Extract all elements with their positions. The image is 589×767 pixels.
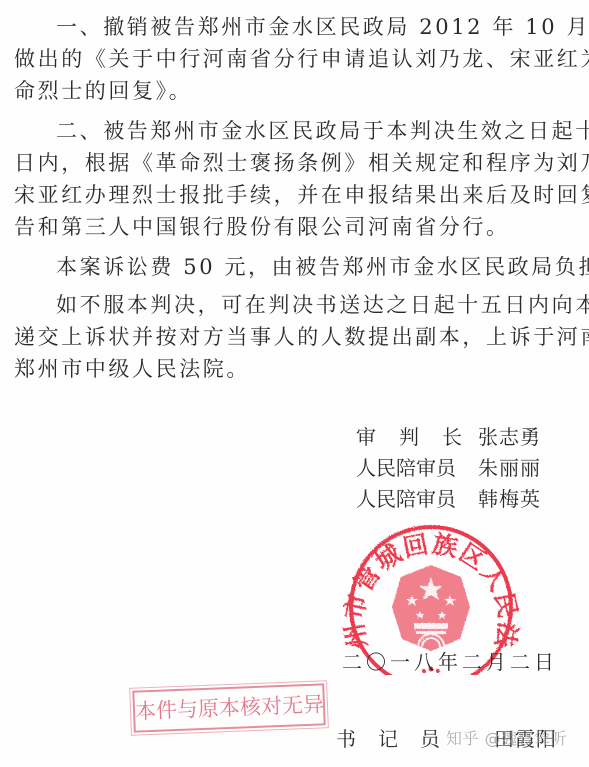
paragraph-1-line-1: 一、撤销被告郑州市金水区民政局 2012 年 10 月 26 日 — [56, 13, 589, 41]
signature-name: 韩梅英 — [478, 486, 541, 512]
paragraph-2-line-4: 告和第三人中国银行股份有限公司河南省分行。 — [14, 213, 510, 241]
signature-role: 人民陪审员 — [356, 486, 478, 512]
zhihu-watermark: 知乎 @魏言耸听 — [446, 728, 567, 750]
paragraph-1-line-2: 做出的《关于中行河南省分行申请追认刘乃龙、宋亚红为革 — [14, 45, 589, 73]
paragraph-4-line-2: 递交上诉状并按对方当事人的人数提出副本，上诉于河南省 — [14, 323, 589, 351]
signature-juror-2: 人民陪审员韩梅英 — [356, 486, 541, 512]
paragraph-4-line-3: 郑州市中级人民法院。 — [14, 355, 250, 383]
paragraph-2-line-2: 日内，根据《革命烈士褒扬条例》相关规定和程序为刘乃龙、 — [14, 149, 589, 177]
signature-role: 审判长 — [356, 424, 478, 450]
judgment-date: 二〇一八年二月二日 — [342, 649, 558, 675]
paragraph-2-line-1: 二、被告郑州市金水区民政局于本判决生效之日起十五 — [56, 117, 589, 145]
paragraph-2-line-3: 宋亚红办理烈士报批手续，并在申报结果出来后及时回复原 — [14, 181, 589, 209]
paragraph-1-line-3: 命烈士的回复》。 — [14, 77, 192, 105]
copy-verification-stamp: 本件与原本核对无异 — [132, 683, 325, 732]
signature-name: 朱丽丽 — [478, 455, 541, 481]
paragraph-4-line-1: 如不服本判决，可在判决书送达之日起十五日内向本院 — [56, 291, 589, 319]
signature-name: 张志勇 — [478, 424, 541, 450]
paragraph-3-line-1: 本案诉讼费 50 元，由被告郑州市金水区民政局负担。 — [56, 253, 589, 281]
signature-presiding-judge: 审判长张志勇 — [356, 424, 541, 450]
signature-role: 人民陪审员 — [356, 455, 478, 481]
signature-juror-1: 人民陪审员朱丽丽 — [356, 455, 541, 481]
